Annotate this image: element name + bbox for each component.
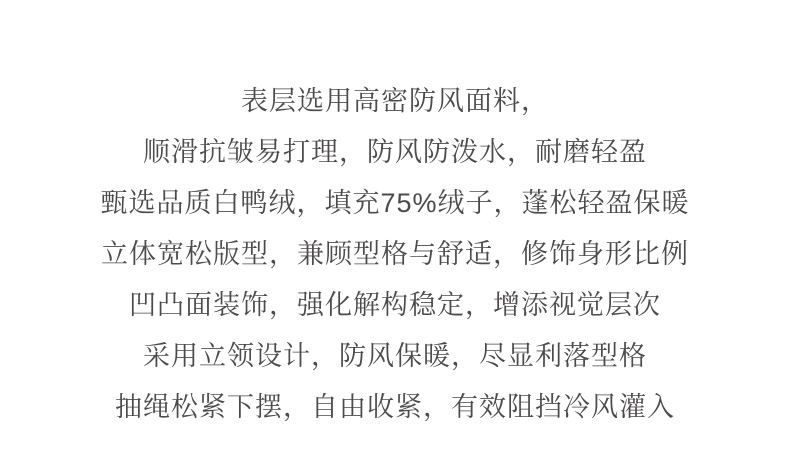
description-line-down-fill: 甄选品质白鸭绒，填充75%绒子，蓬松轻盈保暖 bbox=[0, 178, 790, 229]
product-description-page: 表层选用高密防风面料， 顺滑抗皱易打理，防风防泼水，耐磨轻盈 甄选品质白鸭绒，填… bbox=[0, 0, 790, 452]
product-description-block: 表层选用高密防风面料， 顺滑抗皱易打理，防风防泼水，耐磨轻盈 甄选品质白鸭绒，填… bbox=[0, 0, 790, 433]
description-line-fit: 立体宽松版型，兼顾型格与舒适，修饰身形比例 bbox=[0, 229, 790, 280]
description-line-fabric: 表层选用高密防风面料， bbox=[0, 76, 790, 127]
description-line-hem: 抽绳松紧下摆，自由收紧，有效阻挡冷风灌入 bbox=[0, 382, 790, 433]
description-line-collar: 采用立领设计，防风保暖，尽显利落型格 bbox=[0, 331, 790, 382]
description-line-finish: 顺滑抗皱易打理，防风防泼水，耐磨轻盈 bbox=[0, 127, 790, 178]
description-line-texture: 凹凸面装饰，强化解构稳定，增添视觉层次 bbox=[0, 280, 790, 331]
